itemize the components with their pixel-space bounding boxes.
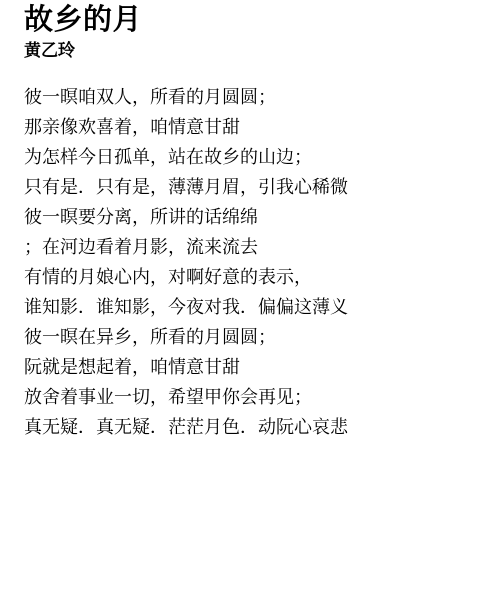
lyric-line: ；在河边看着月影，流来流去 bbox=[24, 233, 480, 263]
lyric-line: 为怎样今日孤单，站在故乡的山边； bbox=[24, 143, 480, 173]
lyric-line: 彼一暝要分离，所讲的话绵绵 bbox=[24, 203, 480, 233]
artist-name: 黄乙玲 bbox=[24, 40, 480, 62]
lyrics: 彼一暝咱双人，所看的月圆圆；那亲像欢喜着，咱情意甘甜为怎样今日孤单，站在故乡的山… bbox=[24, 83, 480, 443]
lyric-line: 只有是．只有是，薄薄月眉，引我心稀微 bbox=[24, 173, 480, 203]
lyric-line: 阮就是想起着，咱情意甘甜 bbox=[24, 353, 480, 383]
lyric-line: 放舍着事业一切，希望甲你会再见； bbox=[24, 383, 480, 413]
lyric-line: 有情的月娘心内，对啊好意的表示， bbox=[24, 263, 480, 293]
lyrics-page: 故乡的月 黄乙玲 彼一暝咱双人，所看的月圆圆；那亲像欢喜着，咱情意甘甜为怎样今日… bbox=[0, 0, 500, 610]
lyric-line: 彼一暝咱双人，所看的月圆圆； bbox=[24, 83, 480, 113]
lyric-line: 那亲像欢喜着，咱情意甘甜 bbox=[24, 113, 480, 143]
page-title: 故乡的月 bbox=[24, 2, 480, 36]
lyric-line: 谁知影．谁知影，今夜对我．偏偏这薄义 bbox=[24, 293, 480, 323]
lyric-line: 真无疑．真无疑．茫茫月色．动阮心哀悲 bbox=[24, 413, 480, 443]
lyric-line: 彼一暝在异乡，所看的月圆圆； bbox=[24, 323, 480, 353]
